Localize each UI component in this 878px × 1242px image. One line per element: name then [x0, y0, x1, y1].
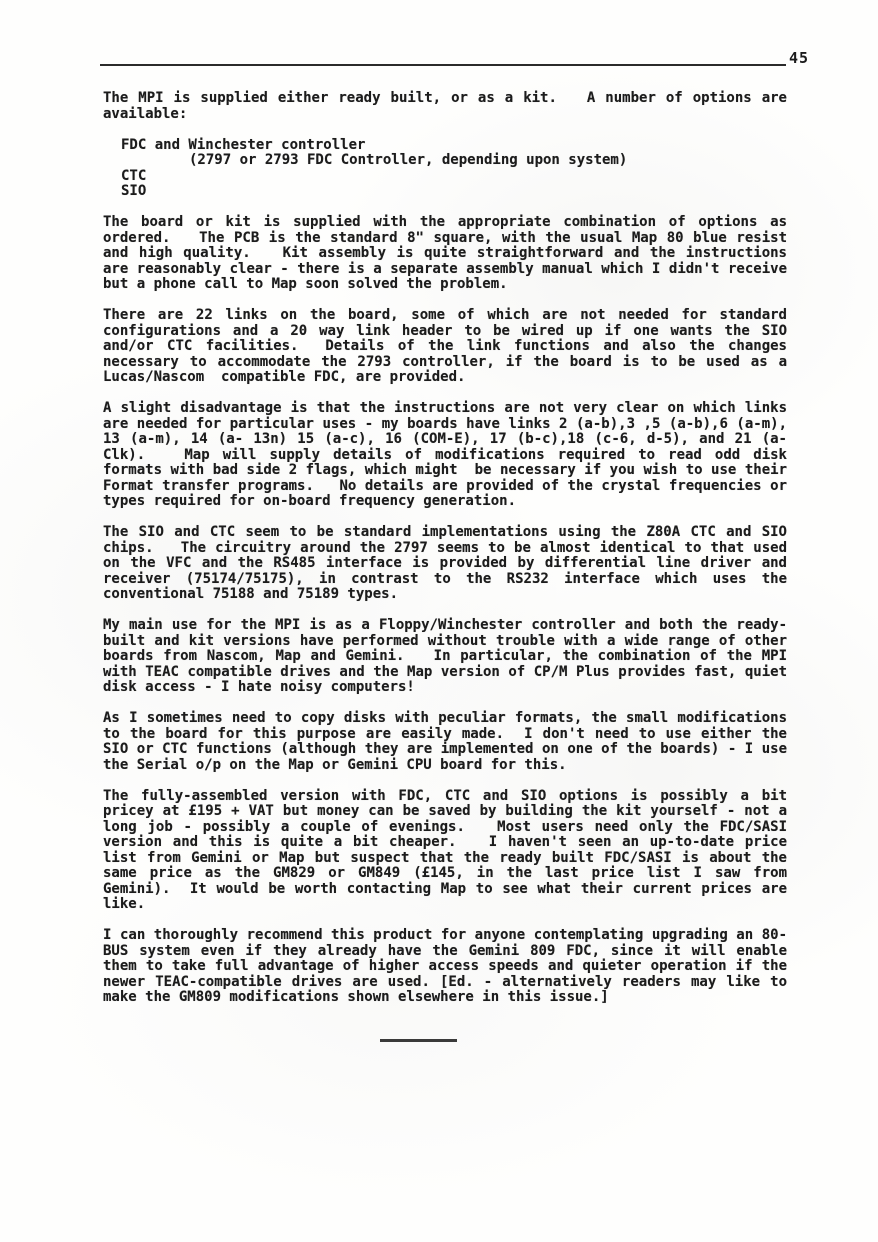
paragraph-copy-disks: As I sometimes need to copy disks with p… — [103, 711, 787, 773]
paragraph-pricing: The fully-assembled version with FDC, CT… — [103, 789, 787, 913]
article-body: The MPI is supplied either ready built, … — [103, 91, 787, 1006]
option-item-sio: SIO — [103, 184, 787, 200]
paragraph-links: There are 22 links on the board, some of… — [103, 308, 787, 386]
option-item-fdc-winchester: FDC and Winchester controller — [103, 138, 787, 154]
page-number: 45 — [789, 49, 809, 67]
paragraph-disadvantage: A slight disadvantage is that the instru… — [103, 401, 787, 510]
paragraph-main-use: My main use for the MPI is as a Floppy/W… — [103, 618, 787, 696]
option-item-fdc-controller-note: (2797 or 2793 FDC Controller, depending … — [103, 153, 787, 169]
paragraph-intro: The MPI is supplied either ready built, … — [103, 91, 787, 122]
paragraph-recommendation: I can thoroughly recommend this product … — [103, 928, 787, 1006]
header-rule — [100, 64, 786, 66]
scanned-document-page: 45 The MPI is supplied either ready buil… — [0, 0, 878, 1242]
paragraph-sio-ctc: The SIO and CTC seem to be standard impl… — [103, 525, 787, 603]
paragraph-board-or-kit: The board or kit is supplied with the ap… — [103, 215, 787, 293]
options-list: FDC and Winchester controller (2797 or 2… — [103, 138, 787, 200]
end-of-article-divider — [380, 1039, 457, 1042]
option-item-ctc: CTC — [103, 169, 787, 185]
